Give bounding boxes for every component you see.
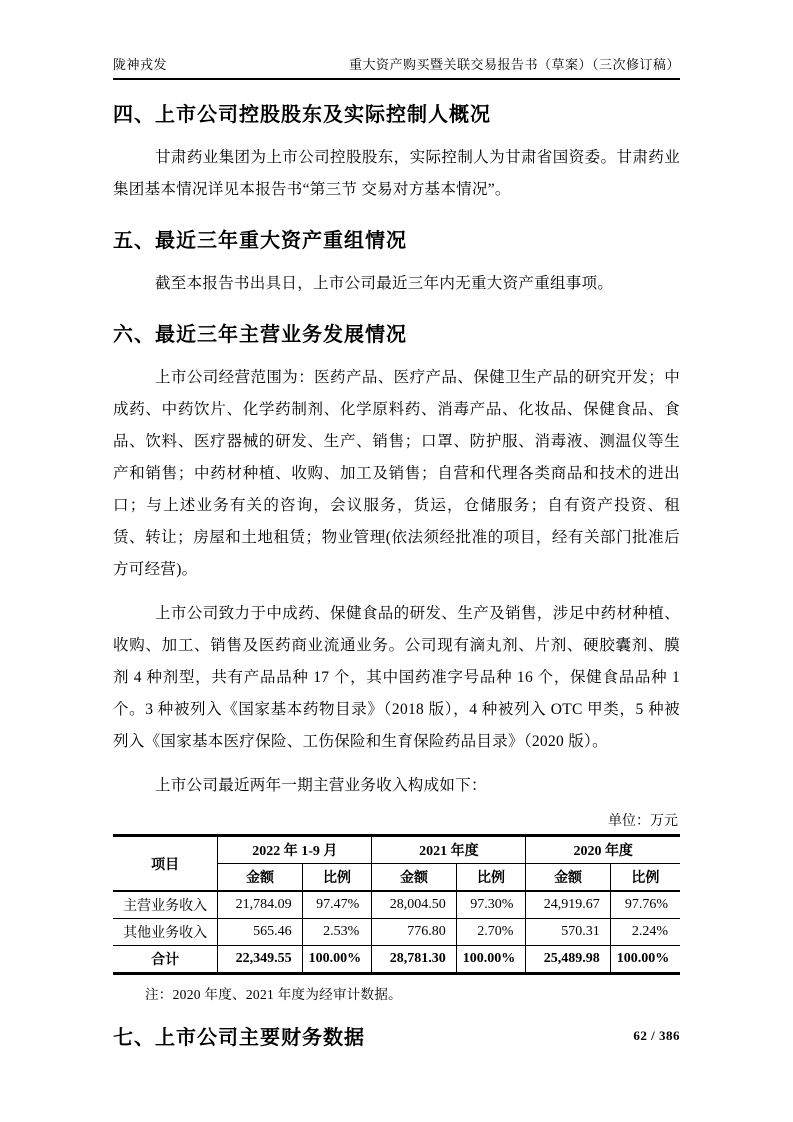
section-heading-main-business: 六、最近三年主营业务发展情况	[113, 320, 680, 350]
cell-amount: 25,489.98	[526, 946, 610, 974]
cell-ratio: 97.30%	[456, 891, 526, 919]
cell-amount: 21,784.09	[218, 891, 302, 919]
column-header-2020: 2020 年度	[526, 836, 680, 864]
paragraph: 上市公司最近两年一期主营业务收入构成如下：	[113, 770, 680, 802]
cell-ratio: 2.53%	[302, 919, 372, 946]
column-header-ratio: 比例	[302, 864, 372, 892]
cell-amount: 776.80	[372, 919, 456, 946]
column-header-ratio: 比例	[610, 864, 680, 892]
document-page: 陇神戎发 重大资产购买暨关联交易报告书（草案）（三次修订稿） 四、上市公司控股股…	[0, 0, 793, 1122]
cell-amount: 22,349.55	[218, 946, 302, 974]
row-label: 合计	[113, 946, 218, 974]
column-header-2022: 2022 年 1-9 月	[218, 836, 372, 864]
cell-ratio: 97.47%	[302, 891, 372, 919]
header-report-title: 重大资产购买暨关联交易报告书（草案）（三次修订稿）	[349, 54, 680, 73]
document-body: 四、上市公司控股股东及实际控制人概况 甘肃药业集团为上市公司控股股东，实际控制人…	[113, 100, 680, 1053]
cell-amount: 28,781.30	[372, 946, 456, 974]
column-header-item: 项目	[113, 836, 218, 892]
paragraph: 截至本报告书出具日，上市公司最近三年内无重大资产重组事项。	[113, 268, 680, 300]
cell-amount: 565.46	[218, 919, 302, 946]
cell-ratio: 100.00%	[302, 946, 372, 974]
revenue-composition-table: 项目 2022 年 1-9 月 2021 年度 2020 年度 金额 比例 金额…	[113, 834, 680, 975]
section-heading-key-financial-data: 七、上市公司主要财务数据	[113, 1023, 680, 1053]
section-heading-controlling-shareholder: 四、上市公司控股股东及实际控制人概况	[113, 100, 680, 130]
row-label: 其他业务收入	[113, 919, 218, 946]
page-footer: 62 / 386	[633, 1028, 680, 1044]
cell-ratio: 100.00%	[456, 946, 526, 974]
column-header-amount: 金额	[218, 864, 302, 892]
cell-ratio: 100.00%	[610, 946, 680, 974]
table-row-other-business-revenue: 其他业务收入 565.46 2.53% 776.80 2.70% 570.31 …	[113, 919, 680, 946]
row-label: 主营业务收入	[113, 891, 218, 919]
cell-amount: 570.31	[526, 919, 610, 946]
table-row-total: 合计 22,349.55 100.00% 28,781.30 100.00% 2…	[113, 946, 680, 974]
page-number: 62 / 386	[633, 1028, 680, 1043]
cell-amount: 28,004.50	[372, 891, 456, 919]
table-header-row-periods: 项目 2022 年 1-9 月 2021 年度 2020 年度	[113, 836, 680, 864]
table-unit-label: 单位：万元	[113, 810, 678, 830]
paragraph: 上市公司致力于中成药、保健食品的研发、生产及销售，涉足中药材种植、收购、加工、销…	[113, 598, 680, 758]
column-header-amount: 金额	[526, 864, 610, 892]
cell-amount: 24,919.67	[526, 891, 610, 919]
page-header: 陇神戎发 重大资产购买暨关联交易报告书（草案）（三次修订稿）	[113, 54, 680, 80]
column-header-amount: 金额	[372, 864, 456, 892]
column-header-ratio: 比例	[456, 864, 526, 892]
column-header-2021: 2021 年度	[372, 836, 526, 864]
paragraph: 上市公司经营范围为：医药产品、医疗产品、保健卫生产品的研究开发；中成药、中药饮片…	[113, 362, 680, 586]
table-row-main-business-revenue: 主营业务收入 21,784.09 97.47% 28,004.50 97.30%…	[113, 891, 680, 919]
cell-ratio: 2.24%	[610, 919, 680, 946]
header-company-name: 陇神戎发	[113, 54, 167, 73]
section-heading-major-restructuring: 五、最近三年重大资产重组情况	[113, 226, 680, 256]
paragraph: 甘肃药业集团为上市公司控股股东，实际控制人为甘肃省国资委。甘肃药业集团基本情况详…	[113, 142, 680, 206]
table-note: 注：2020 年度、2021 年度为经审计数据。	[113, 983, 680, 1003]
cell-ratio: 2.70%	[456, 919, 526, 946]
cell-ratio: 97.76%	[610, 891, 680, 919]
